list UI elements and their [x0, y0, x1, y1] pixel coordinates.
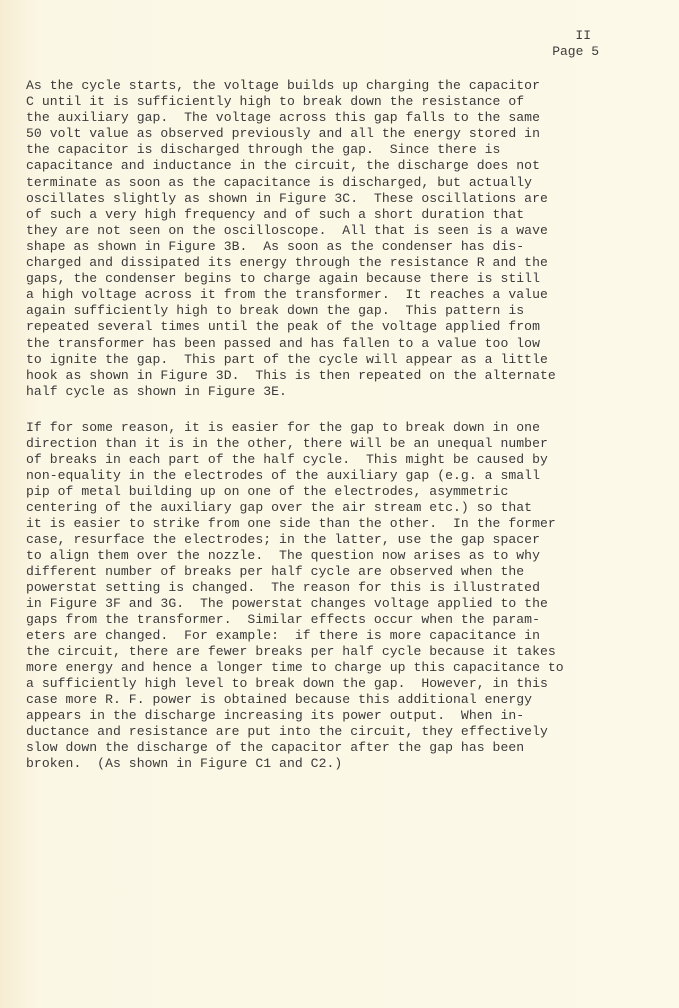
text-line: to ignite the gap. This part of the cycl… [26, 352, 666, 368]
paragraph-cycle-description: As the cycle starts, the voltage builds … [26, 78, 666, 400]
text-line: centering of the auxiliary gap over the … [26, 500, 666, 516]
text-line: appears in the discharge increasing its … [26, 708, 666, 724]
text-line: C until it is sufficiently high to break… [26, 94, 666, 110]
text-line: of breaks in each part of the half cycle… [26, 452, 666, 468]
text-line: oscillates slightly as shown in Figure 3… [26, 191, 666, 207]
text-line: 50 volt value as observed previously and… [26, 126, 666, 142]
text-line: gaps from the transformer. Similar effec… [26, 612, 666, 628]
document-body: As the cycle starts, the voltage builds … [26, 78, 666, 792]
text-line: capacitance and inductance in the circui… [26, 158, 666, 174]
text-line: gaps, the condenser begins to charge aga… [26, 271, 666, 287]
page-header: II Page 5 [552, 28, 599, 60]
text-line: slow down the discharge of the capacitor… [26, 740, 666, 756]
text-line: hook as shown in Figure 3D. This is then… [26, 368, 666, 384]
text-line: a high voltage across it from the transf… [26, 287, 666, 303]
text-line: direction than it is in the other, there… [26, 436, 666, 452]
text-line: the capacitor is discharged through the … [26, 142, 666, 158]
text-line: eters are changed. For example: if there… [26, 628, 666, 644]
text-line: again sufficiently high to break down th… [26, 303, 666, 319]
text-line: repeated several times until the peak of… [26, 319, 666, 335]
section-number: II [552, 28, 599, 44]
text-line: half cycle as shown in Figure 3E. [26, 384, 666, 400]
text-line: If for some reason, it is easier for the… [26, 420, 666, 436]
paragraph-unequal-breaks: If for some reason, it is easier for the… [26, 420, 666, 772]
text-line: different number of breaks per half cycl… [26, 564, 666, 580]
text-line: the transformer has been passed and has … [26, 336, 666, 352]
text-line: case, resurface the electrodes; in the l… [26, 532, 666, 548]
text-line: non-equality in the electrodes of the au… [26, 468, 666, 484]
text-line: they are not seen on the oscilloscope. A… [26, 223, 666, 239]
page-number: Page 5 [552, 44, 599, 59]
text-line: of such a very high frequency and of suc… [26, 207, 666, 223]
text-line: it is easier to strike from one side tha… [26, 516, 666, 532]
text-line: pip of metal building up on one of the e… [26, 484, 666, 500]
text-line: the auxiliary gap. The voltage across th… [26, 110, 666, 126]
text-line: more energy and hence a longer time to c… [26, 660, 666, 676]
text-line: the circuit, there are fewer breaks per … [26, 644, 666, 660]
text-line: a sufficiently high level to break down … [26, 676, 666, 692]
text-line: terminate as soon as the capacitance is … [26, 175, 666, 191]
text-line: As the cycle starts, the voltage builds … [26, 78, 666, 94]
text-line: in Figure 3F and 3G. The powerstat chang… [26, 596, 666, 612]
text-line: case more R. F. power is obtained becaus… [26, 692, 666, 708]
text-line: broken. (As shown in Figure C1 and C2.) [26, 756, 666, 772]
text-line: shape as shown in Figure 3B. As soon as … [26, 239, 666, 255]
text-line: powerstat setting is changed. The reason… [26, 580, 666, 596]
text-line: ductance and resistance are put into the… [26, 724, 666, 740]
text-line: charged and dissipated its energy throug… [26, 255, 666, 271]
text-line: to align them over the nozzle. The quest… [26, 548, 666, 564]
